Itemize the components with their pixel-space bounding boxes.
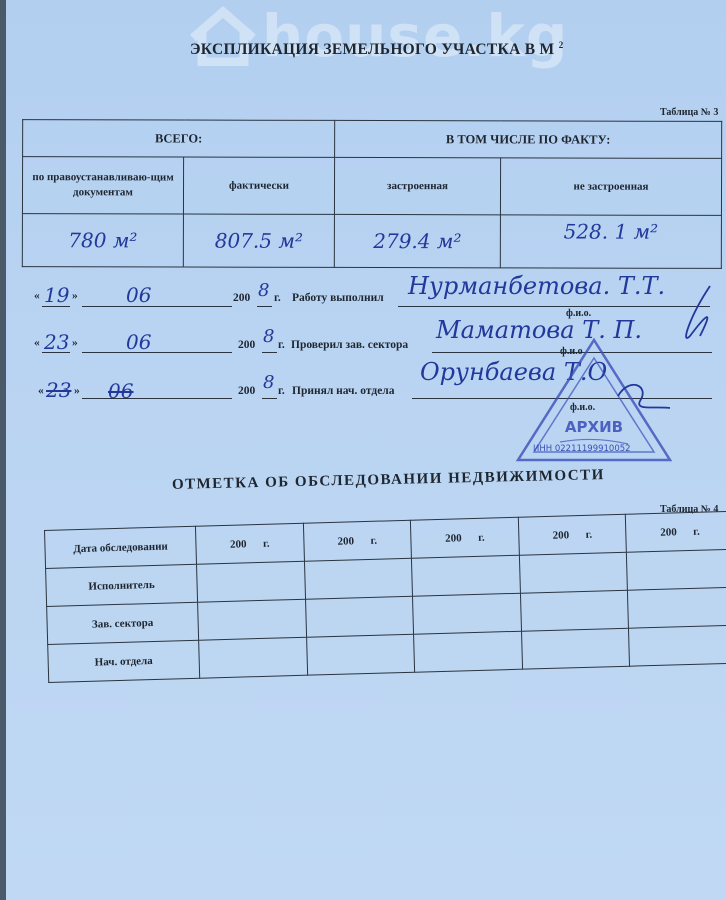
group-header-total: ВСЕГО:	[23, 120, 335, 158]
year-digit: 8	[263, 372, 274, 393]
empty-cell	[412, 555, 521, 596]
empty-cell	[199, 637, 308, 678]
date-cell: 200 г.	[195, 523, 304, 564]
inspection-table: Дата обследовании 200 г. 200 г. 200 г. 2…	[44, 511, 726, 683]
table3-label: Таблица № 3	[660, 107, 718, 118]
group-header-factual: В ТОМ ЧИСЛЕ ПО ФАКТУ:	[335, 120, 722, 158]
value-actual: 807.5 м²	[183, 214, 334, 267]
date-cell: 200 г.	[411, 517, 520, 558]
col-header-by-documents: по правоустанавливаю-щим документам	[22, 157, 183, 214]
row-label-dept-head: Нач. отдела	[48, 640, 200, 682]
value-unbuilt: 528. 1 м²	[500, 215, 721, 269]
empty-cell	[629, 625, 726, 666]
empty-cell	[520, 590, 629, 631]
land-explication-table: ВСЕГО: В ТОМ ЧИСЛЕ ПО ФАКТУ: по правоуст…	[22, 119, 722, 269]
empty-cell	[198, 599, 307, 640]
empty-cell	[305, 596, 414, 637]
row-label-sector-head: Зав. сектора	[47, 602, 199, 644]
month: 06	[108, 379, 133, 403]
date-cell: 200 г.	[518, 514, 627, 555]
empty-cell	[414, 631, 523, 672]
day: 19	[44, 283, 69, 307]
empty-cell	[627, 549, 726, 590]
role-label: Принял нач. отдела	[292, 385, 395, 397]
value-built: 279.4 м²	[334, 214, 500, 267]
year-digit: 8	[258, 280, 269, 301]
signature-scribble-icon	[610, 276, 720, 426]
watermark: house.kg	[262, 2, 568, 70]
row-label-inspection-date: Дата обследовании	[45, 526, 197, 568]
value-by-documents: 780 м²	[22, 214, 183, 267]
empty-cell	[519, 552, 628, 593]
day: 23	[46, 378, 71, 402]
row-label-executor: Исполнитель	[46, 564, 198, 606]
role-label: Работу выполнил	[292, 292, 384, 304]
col-header-unbuilt: не застроенная	[500, 158, 721, 216]
col-header-actual: фактически	[183, 157, 334, 214]
col-header-built: застроенная	[334, 157, 500, 214]
role-label: Проверил зав. сектора	[291, 339, 408, 351]
date-cell: 200 г.	[303, 520, 412, 561]
month: 06	[126, 330, 151, 354]
stamp-inn: ИНН 02211199910052	[533, 444, 631, 454]
empty-cell	[413, 593, 522, 634]
month: 06	[126, 283, 151, 307]
date-cell: 200 г.	[626, 511, 726, 552]
empty-cell	[197, 561, 306, 602]
empty-cell	[306, 634, 415, 675]
empty-cell	[304, 558, 413, 599]
document-title: ЭКСПЛИКАЦИЯ ЗЕМЕЛЬНОГО УЧАСТКА В М 2	[190, 40, 564, 59]
day: 23	[44, 330, 69, 354]
empty-cell	[521, 628, 630, 669]
year-digit: 8	[263, 326, 274, 347]
empty-cell	[628, 587, 726, 628]
